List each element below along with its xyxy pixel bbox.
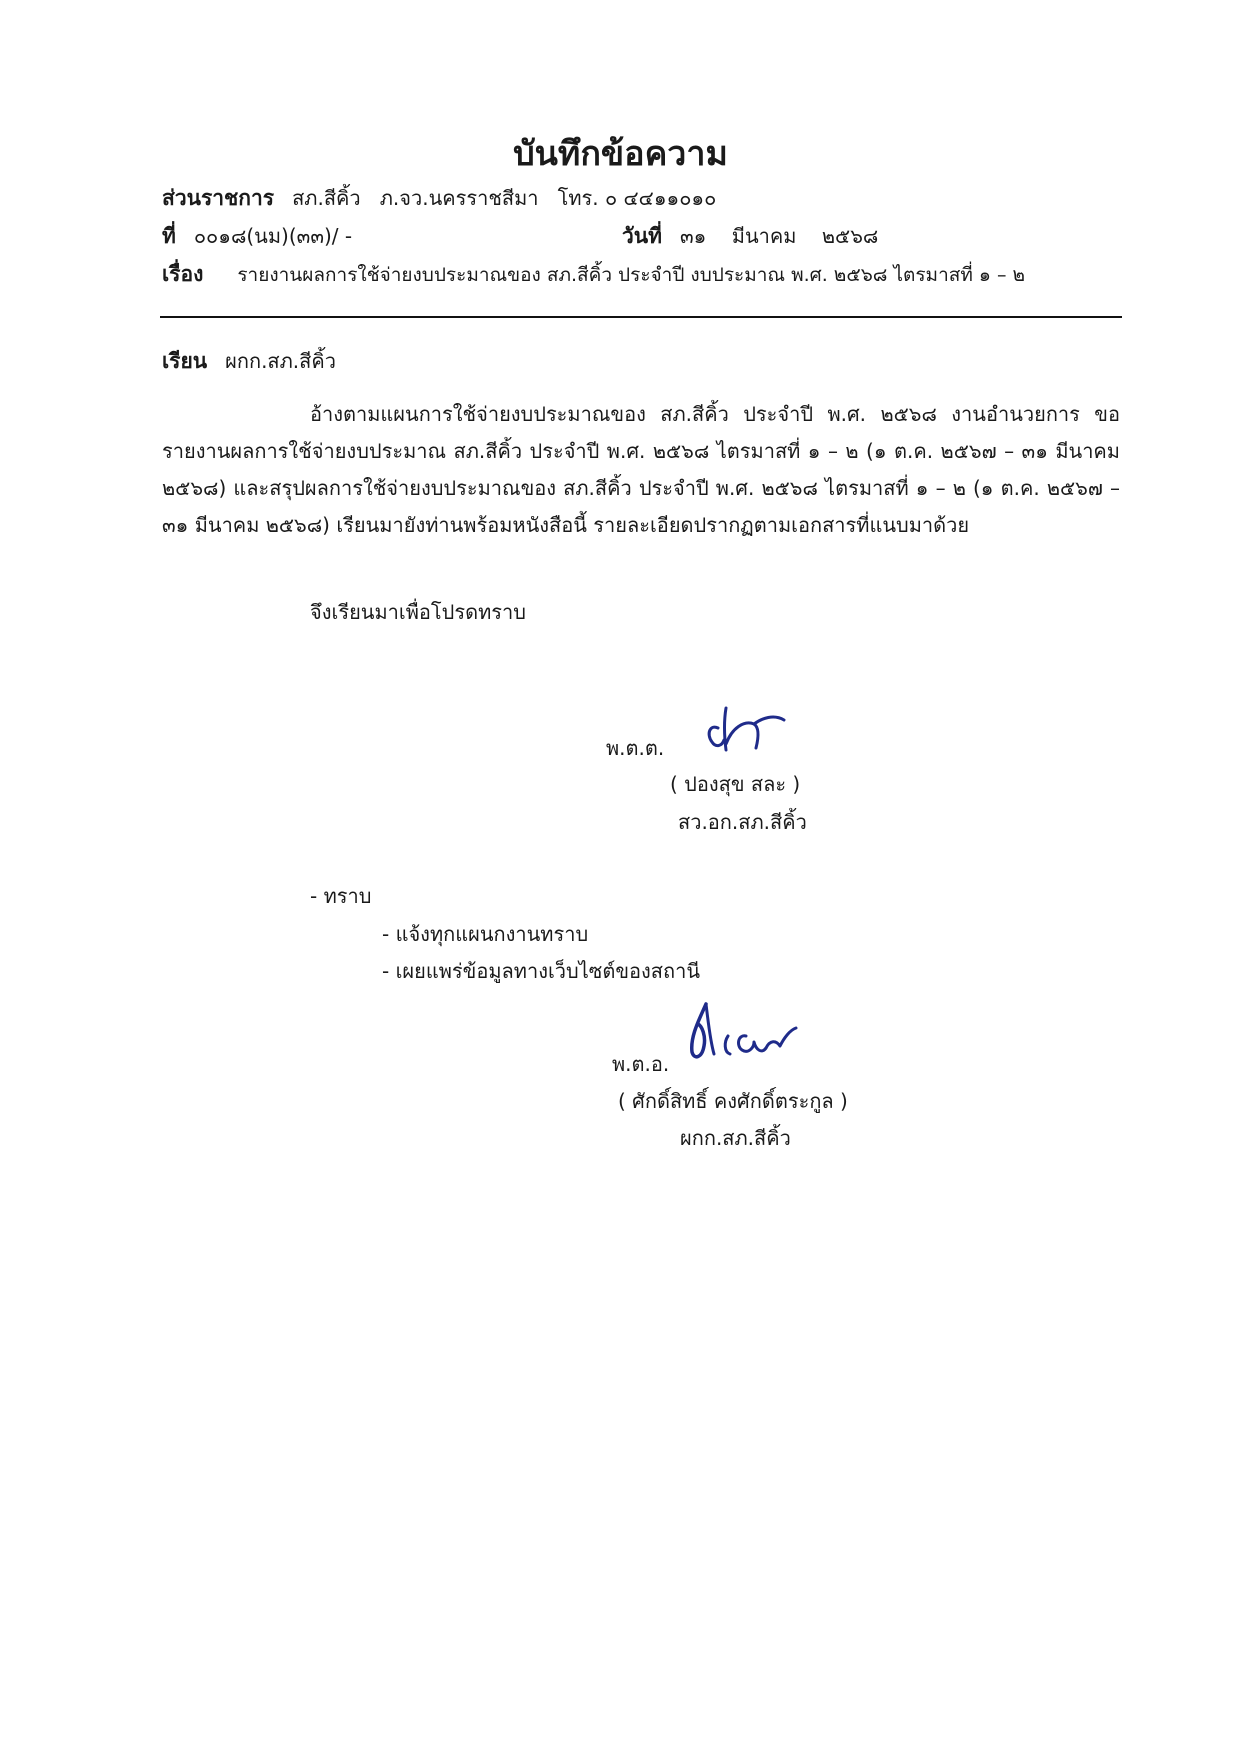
signer2-name: ( ศักดิ์สิทธิ์ คงศักดิ์ตระกูล ) <box>618 1085 848 1117</box>
body-paragraph: อ้างตามแผนการใช้จ่ายงบประมาณของ สภ.สีคิ้… <box>162 396 1120 544</box>
endorsement-main: - ทราบ <box>310 880 371 912</box>
signer1-rank: พ.ต.ต. <box>606 732 664 764</box>
salutation-label: เรียน <box>162 349 207 373</box>
reference-line: ที่๐๐๑๘(นม)(๓๓)/ - <box>162 220 352 253</box>
reference-value: ๐๐๑๘(นม)(๓๓)/ - <box>194 224 352 248</box>
header-divider <box>160 316 1122 318</box>
subject-label: เรื่อง <box>162 262 203 286</box>
subject-value: รายงานผลการใช้จ่ายงบประมาณของ สภ.สีคิ้ว … <box>237 264 1025 286</box>
signer1-position: สว.อก.สภ.สีคิ้ว <box>678 806 807 838</box>
memo-page: บันทึกข้อความ ส่วนราชการสภ.สีคิ้ว ภ.จว.น… <box>0 0 1241 1755</box>
agency-value: สภ.สีคิ้ว ภ.จว.นครราชสีมา โทร. ๐ ๔๔๑๑๐๑๐ <box>292 186 716 210</box>
endorsement-item: - แจ้งทุกแผนกงานทราบ <box>382 918 588 950</box>
date-label: วันที่ <box>622 224 662 248</box>
signer2-rank: พ.ต.อ. <box>612 1048 669 1080</box>
body-text: อ้างตามแผนการใช้จ่ายงบประมาณของ สภ.สีคิ้… <box>162 402 1120 537</box>
signer2-signature-icon <box>684 996 804 1066</box>
subject-line: เรื่องรายงานผลการใช้จ่ายงบประมาณของ สภ.ส… <box>162 258 1025 291</box>
signer2-position: ผกก.สภ.สีคิ้ว <box>680 1122 791 1154</box>
closing-text: จึงเรียนมาเพื่อโปรดทราบ <box>310 596 526 628</box>
salutation-line: เรียนผกก.สภ.สีคิ้ว <box>162 345 336 378</box>
endorsement-item: - เผยแพร่ข้อมูลทางเว็บไซต์ของสถานี <box>382 955 700 987</box>
agency-line: ส่วนราชการสภ.สีคิ้ว ภ.จว.นครราชสีมา โทร.… <box>162 182 716 215</box>
date-line: วันที่๓๑ มีนาคม ๒๕๖๘ <box>622 220 878 253</box>
salutation-value: ผกก.สภ.สีคิ้ว <box>225 349 336 373</box>
reference-label: ที่ <box>162 224 176 248</box>
agency-label: ส่วนราชการ <box>162 186 274 210</box>
date-value: ๓๑ มีนาคม ๒๕๖๘ <box>680 224 878 248</box>
signer1-name: ( ปองสุข สละ ) <box>670 768 800 800</box>
signer1-signature-icon <box>700 694 790 756</box>
memo-title: บันทึกข้อความ <box>0 126 1241 180</box>
